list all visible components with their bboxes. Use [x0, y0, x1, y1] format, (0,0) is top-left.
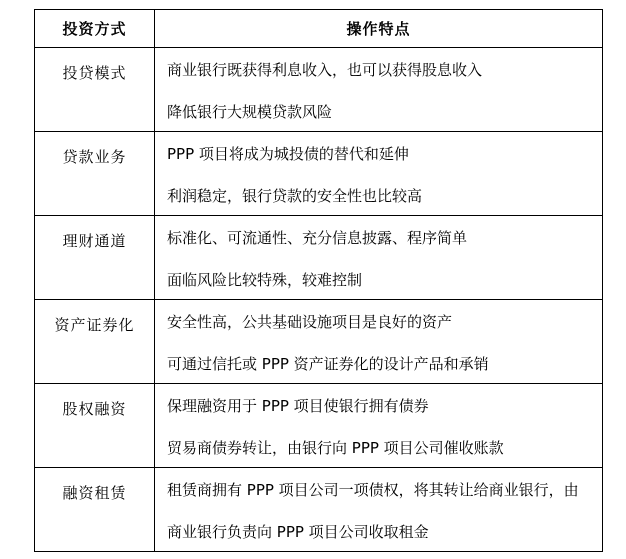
- feature-line: 标准化、可流通性、充分信息披露、程序简单: [167, 230, 594, 247]
- method-cell: 资产证券化: [35, 300, 155, 384]
- feature-line: 面临风险比较特殊，较难控制: [167, 272, 594, 289]
- feature-line: PPP 项目将成为城投债的替代和延伸: [167, 146, 594, 163]
- feature-line: 租赁商拥有 PPP 项目公司一项债权，将其转让给商业银行，由: [167, 482, 594, 499]
- method-cell: 贷款业务: [35, 132, 155, 216]
- features-cell: 安全性高，公共基础设施项目是良好的资产 可通过信托或 PPP 资产证券化的设计产…: [155, 300, 603, 384]
- features-cell: 保理融资用于 PPP 项目使银行拥有债券 贸易商债券转让，由银行向 PPP 项目…: [155, 384, 603, 468]
- feature-line: 商业银行负责向 PPP 项目公司收取租金: [167, 524, 594, 541]
- method-cell: 融资租赁: [35, 468, 155, 552]
- method-cell: 理财通道: [35, 216, 155, 300]
- feature-line: 保理融资用于 PPP 项目使银行拥有债券: [167, 398, 594, 415]
- method-cell: 股权融资: [35, 384, 155, 468]
- features-cell: 租赁商拥有 PPP 项目公司一项债权，将其转让给商业银行，由 商业银行负责向 P…: [155, 468, 603, 552]
- feature-line: 降低银行大规模贷款风险: [167, 104, 594, 121]
- feature-line: 商业银行既获得利息收入，也可以获得股息收入: [167, 62, 594, 79]
- header-cell-investment-method: 投资方式: [35, 10, 155, 48]
- table-row: 融资租赁 租赁商拥有 PPP 项目公司一项债权，将其转让给商业银行，由 商业银行…: [35, 468, 603, 552]
- table-row: 理财通道 标准化、可流通性、充分信息披露、程序简单 面临风险比较特殊，较难控制: [35, 216, 603, 300]
- table-row: 资产证券化 安全性高，公共基础设施项目是良好的资产 可通过信托或 PPP 资产证…: [35, 300, 603, 384]
- feature-line: 可通过信托或 PPP 资产证券化的设计产品和承销: [167, 356, 594, 373]
- feature-line: 安全性高，公共基础设施项目是良好的资产: [167, 314, 594, 331]
- features-cell: PPP 项目将成为城投债的替代和延伸 利润稳定，银行贷款的安全性也比较高: [155, 132, 603, 216]
- feature-line: 利润稳定，银行贷款的安全性也比较高: [167, 188, 594, 205]
- table-row: 贷款业务 PPP 项目将成为城投债的替代和延伸 利润稳定，银行贷款的安全性也比较…: [35, 132, 603, 216]
- investment-methods-table: 投资方式 操作特点 投贷模式 商业银行既获得利息收入，也可以获得股息收入 降低银…: [34, 9, 603, 552]
- features-cell: 商业银行既获得利息收入，也可以获得股息收入 降低银行大规模贷款风险: [155, 48, 603, 132]
- header-cell-operation-features: 操作特点: [155, 10, 603, 48]
- table-row: 投贷模式 商业银行既获得利息收入，也可以获得股息收入 降低银行大规模贷款风险: [35, 48, 603, 132]
- feature-line: 贸易商债券转让，由银行向 PPP 项目公司催收账款: [167, 440, 594, 457]
- features-cell: 标准化、可流通性、充分信息披露、程序简单 面临风险比较特殊，较难控制: [155, 216, 603, 300]
- table-row: 股权融资 保理融资用于 PPP 项目使银行拥有债券 贸易商债券转让，由银行向 P…: [35, 384, 603, 468]
- page: { "page": { "background": "#ffffff", "bo…: [0, 0, 626, 559]
- table-header-row: 投资方式 操作特点: [35, 10, 603, 48]
- method-cell: 投贷模式: [35, 48, 155, 132]
